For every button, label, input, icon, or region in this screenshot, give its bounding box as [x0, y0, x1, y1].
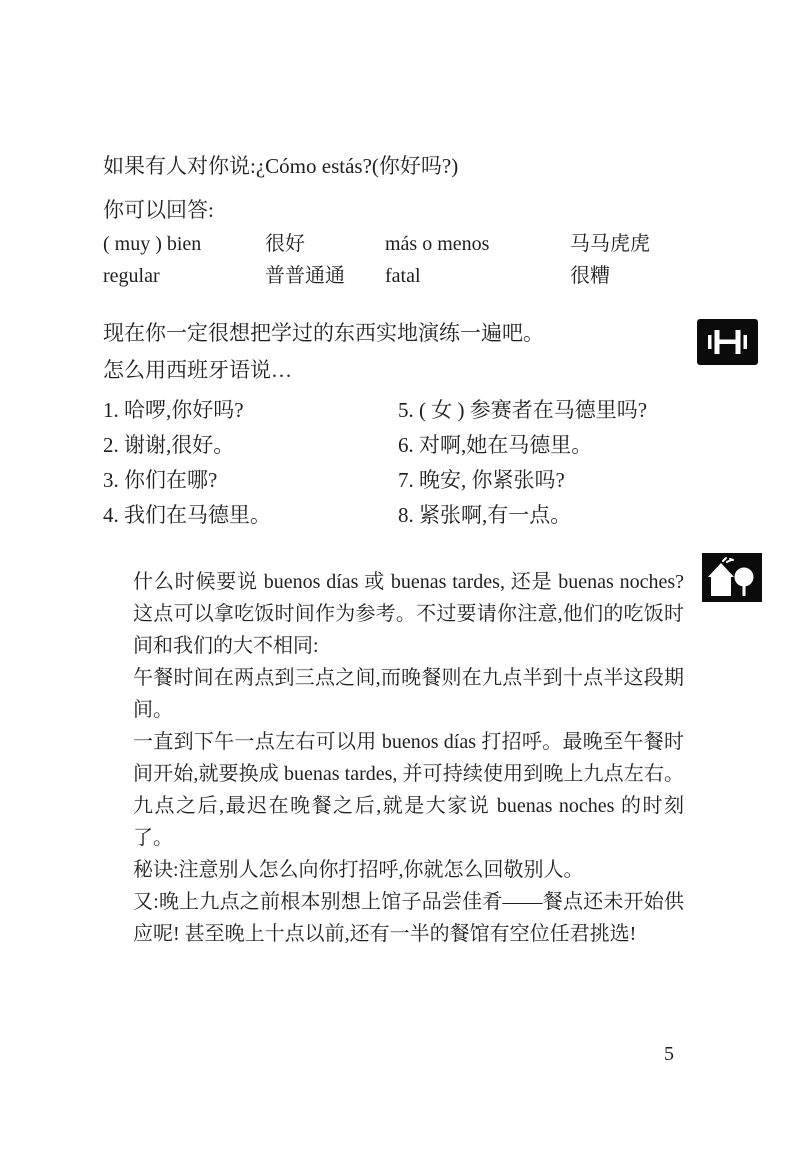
- book-page: 如果有人对你说:¿Cómo estás?(你好吗?) 你可以回答: ( muy …: [0, 0, 798, 1164]
- intro-line-2: 你可以回答:: [103, 196, 458, 224]
- culture-note-paragraph: 什么时候要说 buenos días 或 buenas tardes, 还是 b…: [133, 566, 684, 662]
- intro-line-1: 如果有人对你说:¿Cómo estás?(你好吗?): [103, 152, 458, 180]
- practice-prompt-line-2: 怎么用西班牙语说…: [103, 357, 544, 384]
- practice-prompt: 现在你一定很想把学过的东西实地演练一遍吧。 怎么用西班牙语说…: [103, 320, 544, 394]
- question-list-left: 1. 哈啰,你好吗? 2. 谢谢,很好。 3. 你们在哪? 4. 我们在马德里。: [103, 393, 271, 533]
- practice-prompt-line-1: 现在你一定很想把学过的东西实地演练一遍吧。: [103, 320, 544, 347]
- question-item: 1. 哈啰,你好吗?: [103, 393, 271, 428]
- vocab-cell-zh: 很好: [265, 228, 385, 260]
- vocab-cell-es: regular: [103, 260, 265, 292]
- question-item: 6. 对啊,她在马德里。: [398, 428, 647, 463]
- question-item: 5. ( 女 ) 参赛者在马德里吗?: [398, 393, 647, 428]
- intro-section: 如果有人对你说:¿Cómo estás?(你好吗?) 你可以回答:: [103, 152, 458, 240]
- vocab-cell-es: fatal: [385, 260, 570, 292]
- question-item: 7. 晚安, 你紧张吗?: [398, 463, 647, 498]
- house-tree-icon: [702, 553, 762, 602]
- culture-note: 什么时候要说 buenos días 或 buenas tardes, 还是 b…: [133, 566, 684, 950]
- question-item: 8. 紧张啊,有一点。: [398, 498, 647, 533]
- dumbbell-icon: [697, 319, 758, 365]
- vocab-cell-zh: 很糟: [570, 260, 650, 292]
- culture-note-paragraph: 又:晚上九点之前根本别想上馆子品尝佳肴——餐点还未开始供应呢! 甚至晚上十点以前…: [133, 886, 684, 950]
- culture-note-paragraph: 一直到下午一点左右可以用 buenos días 打招呼。最晚至午餐时间开始,就…: [133, 726, 684, 854]
- culture-note-paragraph: 午餐时间在两点到三点之间,而晚餐则在九点半到十点半这段期间。: [133, 662, 684, 726]
- vocab-table: ( muy ) bien 很好 más o menos 马马虎虎 regular…: [103, 228, 650, 292]
- vocab-cell-zh: 马马虎虎: [570, 228, 650, 260]
- vocab-cell-es: más o menos: [385, 228, 570, 260]
- question-list-right: 5. ( 女 ) 参赛者在马德里吗? 6. 对啊,她在马德里。 7. 晚安, 你…: [398, 393, 647, 533]
- question-item: 3. 你们在哪?: [103, 463, 271, 498]
- culture-note-paragraph: 秘诀:注意别人怎么向你打招呼,你就怎么回敬别人。: [133, 854, 684, 886]
- vocab-cell-es: ( muy ) bien: [103, 228, 265, 260]
- vocab-cell-zh: 普普通通: [265, 260, 385, 292]
- question-item: 2. 谢谢,很好。: [103, 428, 271, 463]
- page-number: 5: [664, 1042, 674, 1066]
- question-item: 4. 我们在马德里。: [103, 498, 271, 533]
